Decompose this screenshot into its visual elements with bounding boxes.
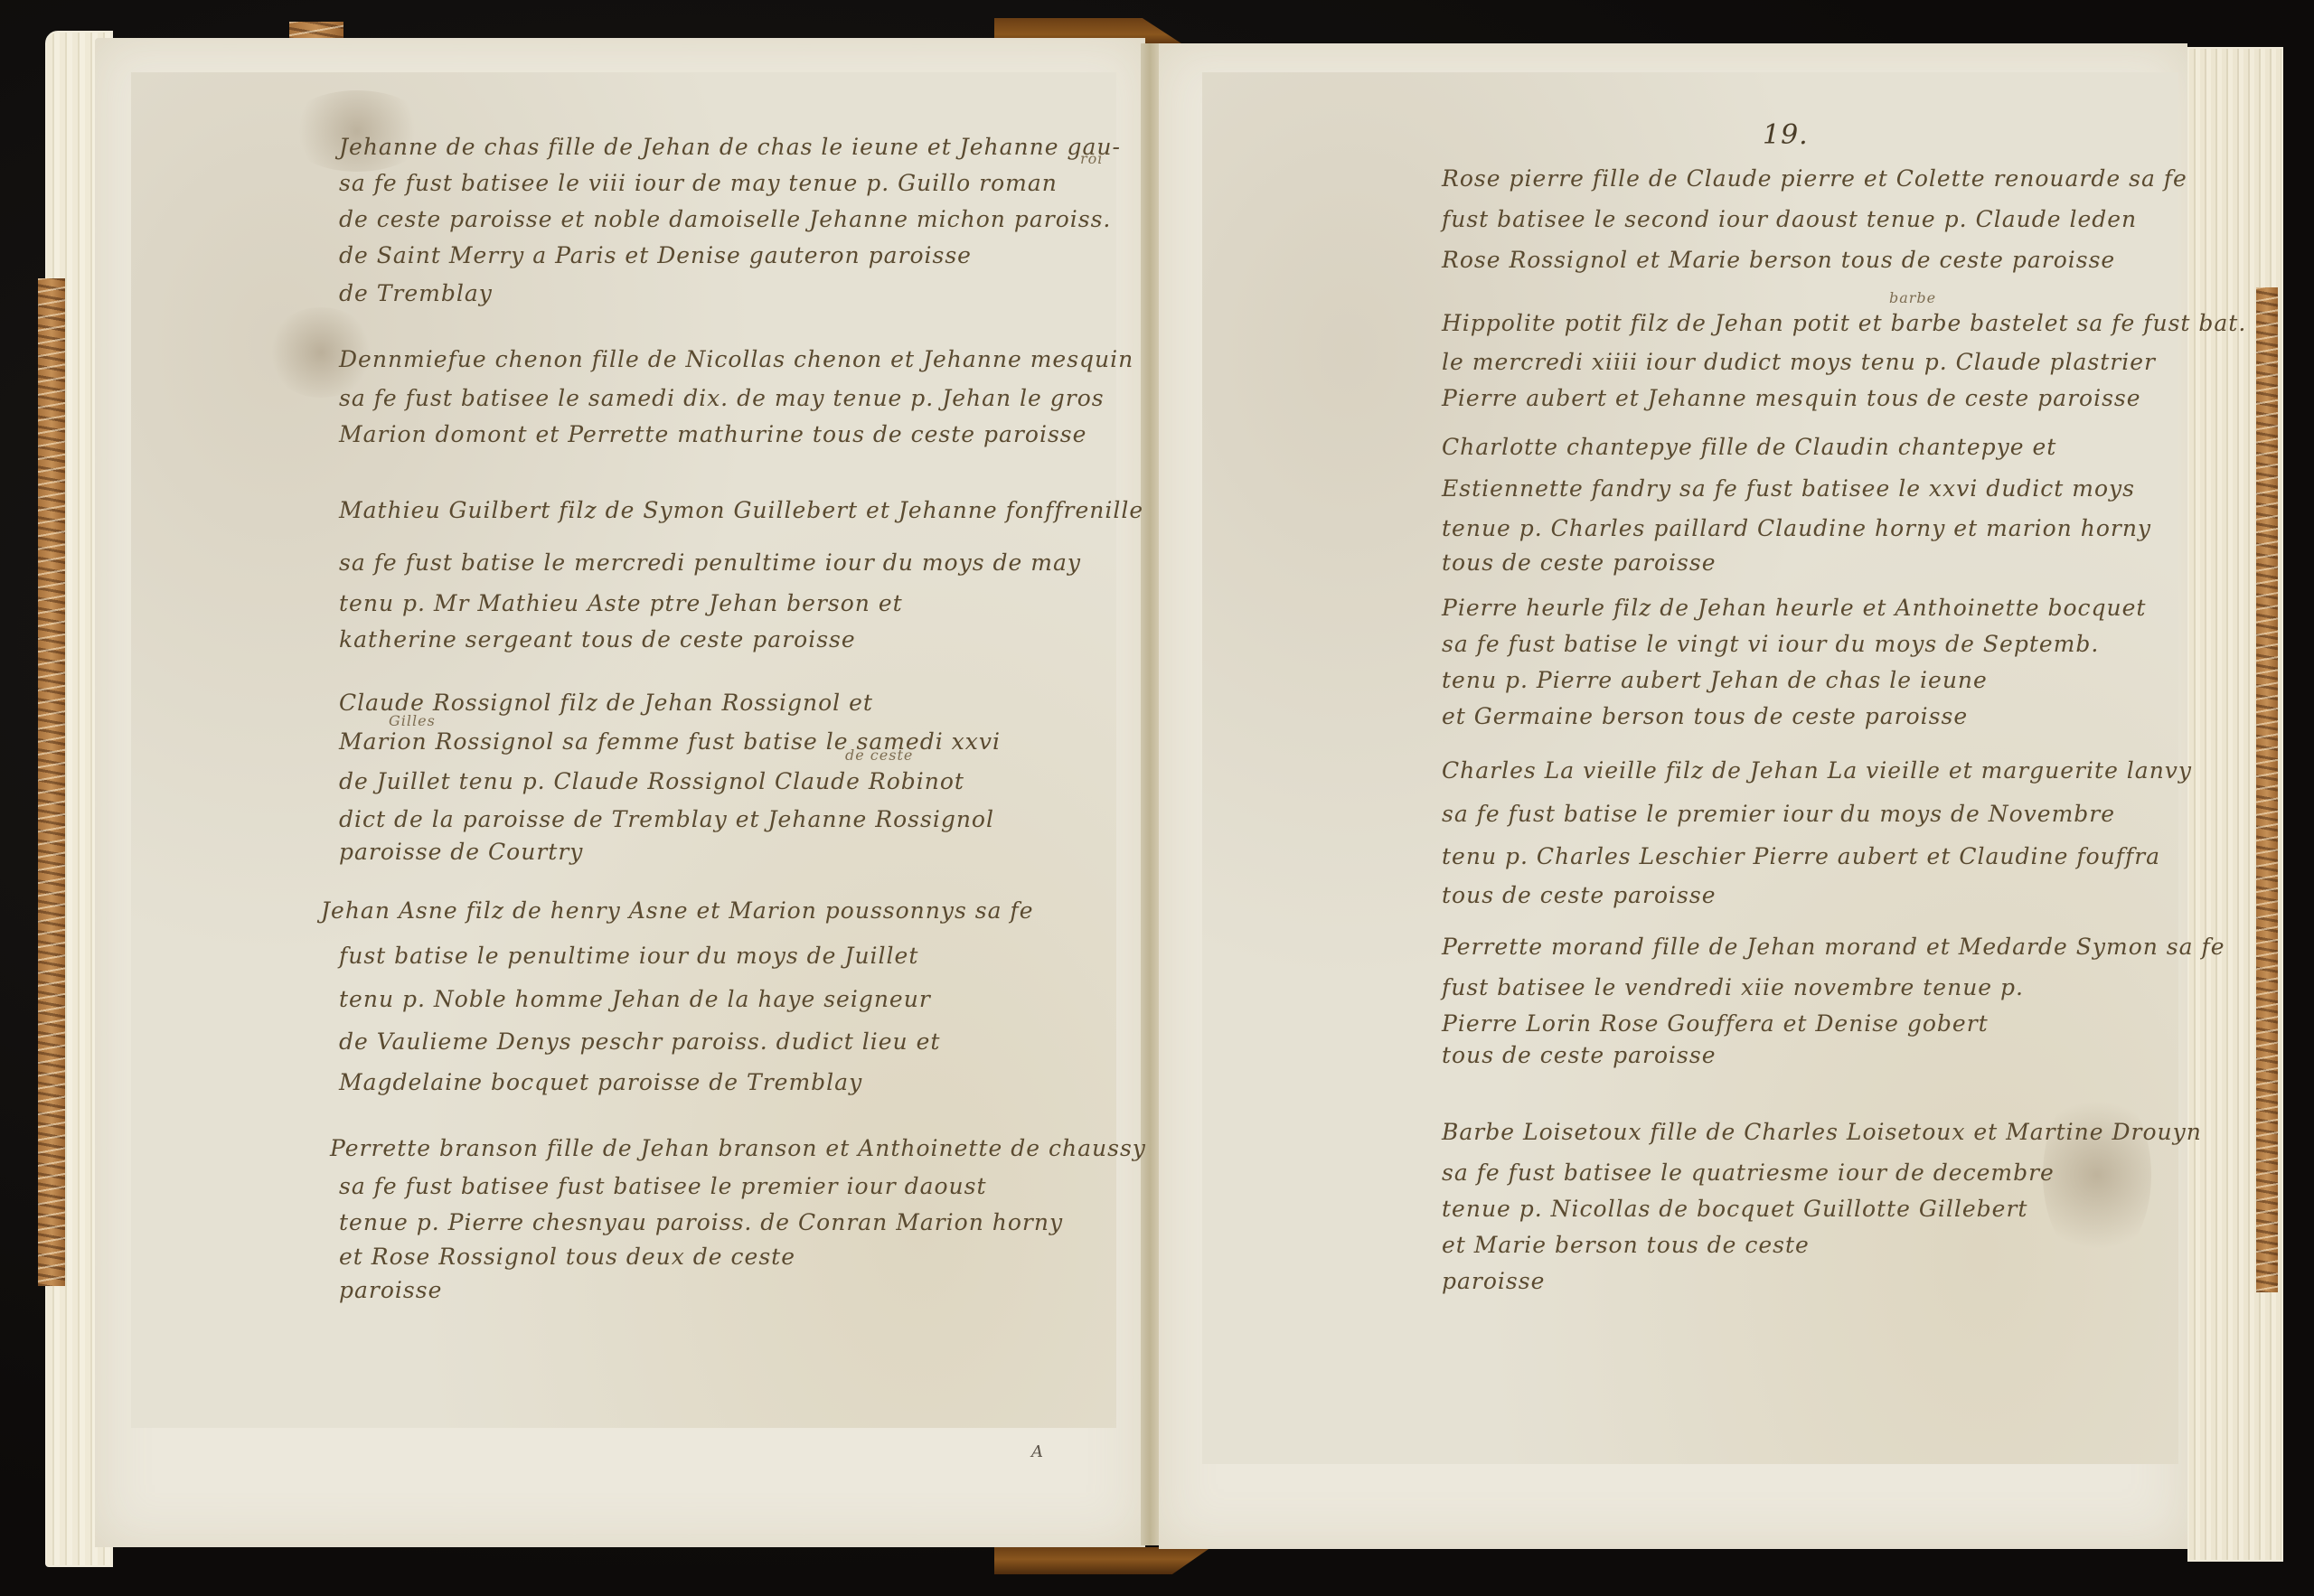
entry-line: et Marie berson tous de ceste [1442,1234,1810,1256]
footer-mark: A [1031,1444,1044,1460]
entry-line: Hippolite potit filz de Jehan potit et b… [1442,312,2246,334]
book-cover-bottom-edge [994,1547,1211,1574]
entry-line: paroisse [339,1279,442,1301]
entry-line: tenue p. Charles paillard Claudine horny… [1442,517,2151,540]
book-photograph: Jehanne de chas fille de Jehan de chas l… [0,0,2314,1596]
entry-line: Rose pierre fille de Claude pierre et Co… [1442,167,2187,190]
interlinear-note: barbe [1889,291,1936,305]
entry-line: et Rose Rossignol tous deux de ceste [339,1245,795,1268]
entry-line: sa fe fust batisee le viii iour de may t… [339,172,1058,194]
book-gutter [1141,43,1161,1545]
marbled-edge-left [38,278,65,1286]
entry-line: sa fe fust batise le mercredi penultime … [339,551,1081,574]
entry-line: Rose Rossignol et Marie berson tous de c… [1442,249,2115,271]
entry-line: fust batisee le vendredi xiie novembre t… [1442,976,2024,999]
entry-line: tenu p. Noble homme Jehan de la haye sei… [339,988,931,1010]
entry-line: Jehanne de chas fille de Jehan de chas l… [339,136,1121,158]
entry-line: Marion domont et Perrette mathurine tous… [339,423,1086,446]
entry-line: tenu p. Pierre aubert Jehan de chas le i… [1442,669,1988,691]
stain [2043,1084,2151,1265]
entry-line: Claude Rossignol filz de Jehan Rossignol… [339,691,873,714]
entry-line: Dennmiefue chenon fille de Nicollas chen… [339,348,1133,371]
entry-line: sa fe fust batise le premier iour du moy… [1442,803,2115,825]
entry-line: tous de ceste paroisse [1442,551,1717,574]
interlinear-note: Gilles [389,714,436,728]
entry-line: Pierre heurle filz de Jehan heurle et An… [1442,596,2146,619]
entry-line: Perrette branson fille de Jehan branson … [330,1137,1146,1159]
entry-line: tenue p. Nicollas de bocquet Guillotte G… [1442,1197,2027,1220]
entry-line: sa fe fust batisee fust batisee le premi… [339,1175,987,1197]
entry-line: sa fe fust batise le vingt vi iour du mo… [1442,633,2099,655]
marginal-note: roi [1080,152,1103,166]
entry-line: tenu p. Mr Mathieu Aste ptre Jehan berso… [339,592,903,615]
entry-line: le mercredi xiiii iour dudict moys tenu … [1442,351,2156,373]
entry-line: de Tremblay [339,282,493,305]
entry-line: Pierre Lorin Rose Gouffera et Denise gob… [1442,1012,1989,1035]
entry-line: Mathieu Guilbert filz de Symon Guilleber… [339,499,1143,521]
entry-line: de Juillet tenu p. Claude Rossignol Clau… [339,770,964,793]
marbled-edge-right [2256,287,2278,1292]
entry-line: Jehan Asne filz de henry Asne et Marion … [321,899,1033,922]
entry-line: katherine sergeant tous de ceste paroiss… [339,628,856,651]
entry-line: Charlotte chantepye fille de Claudin cha… [1442,436,2056,458]
entry-line: tous de ceste paroisse [1442,884,1717,906]
page-number: 19. [1763,122,1809,149]
entry-line: de ceste paroisse et noble damoiselle Je… [339,208,1111,230]
entry-line: de Vaulieme Denys peschr paroiss. dudict… [339,1030,940,1053]
entry-line: fust batisee le second iour daoust tenue… [1442,208,2137,230]
entry-line: Barbe Loisetoux fille de Charles Loiseto… [1442,1121,2202,1143]
entry-line: Perrette morand fille de Jehan morand et… [1442,935,2225,958]
entry-line: Estiennette fandry sa fe fust batisee le… [1442,477,2135,500]
entry-line: de Saint Merry a Paris et Denise gautero… [339,244,972,267]
entry-line: sa fe fust batisee le quatriesme iour de… [1442,1161,2055,1184]
entry-line: paroisse [1442,1270,1545,1292]
entry-line: Charles La vieille filz de Jehan La viei… [1442,759,2192,782]
entry-line: et Germaine berson tous de ceste paroiss… [1442,705,1968,728]
entry-line: paroisse de Courtry [339,840,583,863]
entry-line: tenu p. Charles Leschier Pierre aubert e… [1442,845,2160,868]
entry-line: fust batise le penultime iour du moys de… [339,944,918,967]
entry-line: dict de la paroisse de Tremblay et Jehan… [339,808,994,831]
marbled-edge-top-left [289,22,343,40]
interlinear-note: de ceste [845,748,913,763]
entry-line: Magdelaine bocquet paroisse de Tremblay [339,1071,862,1094]
entry-line: sa fe fust batisee le samedi dix. de may… [339,387,1105,409]
entry-line: tenue p. Pierre chesnyau paroiss. de Con… [339,1211,1063,1234]
entry-line: Pierre aubert et Jehanne mesquin tous de… [1442,387,2141,409]
entry-line: tous de ceste paroisse [1442,1044,1717,1066]
